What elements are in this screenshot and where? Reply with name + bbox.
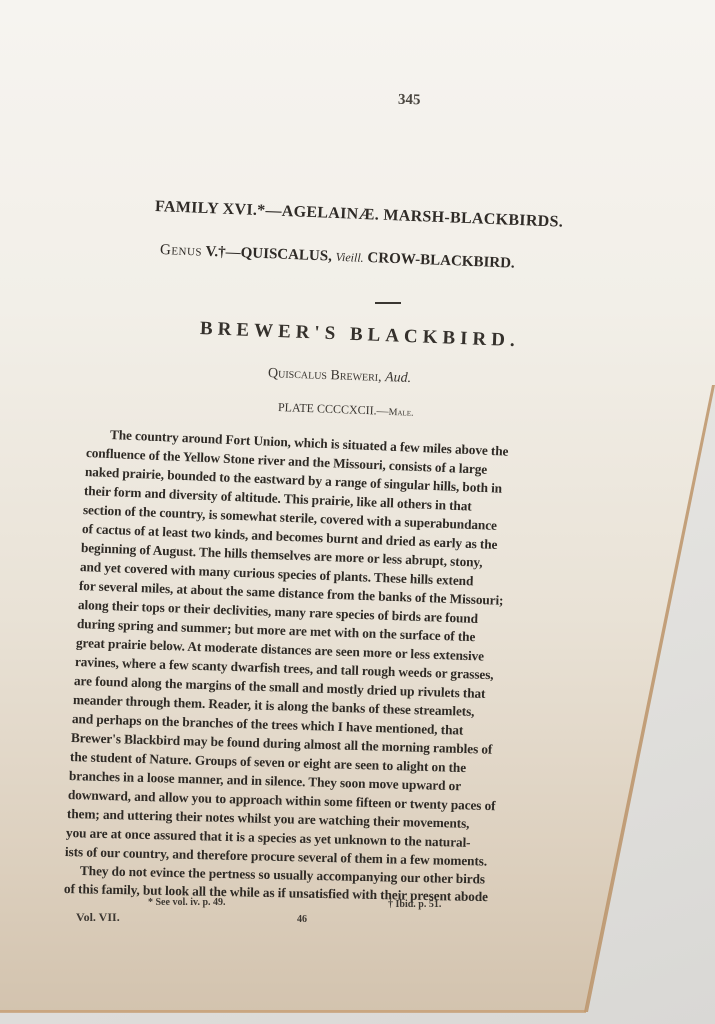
genus-text: V.†—QUISCALUS,: [202, 244, 336, 265]
footnote-second: † Ibid. p. 51.: [388, 899, 441, 910]
genus-common-name: CROW-BLACKBIRD.: [363, 250, 515, 272]
family-heading: FAMILY XVI.*—AGELAINÆ. MARSH-BLACKBIRDS.: [155, 198, 564, 232]
plate-sex: Male.: [388, 407, 413, 419]
page-content: 345 FAMILY XVI.*—AGELAINÆ. MARSH-BLACKBI…: [0, 0, 715, 1024]
latin-authority: Aud.: [385, 370, 412, 386]
genus-prefix: Genus: [160, 242, 203, 260]
plate-number: PLATE CCCCXCII.—: [278, 400, 389, 418]
plate-caption: PLATE CCCCXCII.—Male.: [278, 400, 414, 420]
volume-signature: Vol. VII.: [76, 910, 120, 925]
page-number: 345: [398, 92, 421, 110]
genus-authority: Vieill.: [335, 250, 364, 265]
signature-mark: 46: [297, 914, 307, 925]
latin-name: Quiscalus Breweri, Aud.: [268, 366, 412, 387]
footnote-first: * See vol. iv. p. 49.: [148, 897, 226, 908]
genus-heading: Genus V.†—QUISCALUS, Vieill. CROW-BLACKB…: [160, 242, 515, 273]
section-rule: [375, 302, 401, 304]
species-title: BREWER'S BLACKBIRD.: [200, 318, 520, 352]
latin-binomial: Quiscalus Breweri,: [268, 366, 386, 385]
